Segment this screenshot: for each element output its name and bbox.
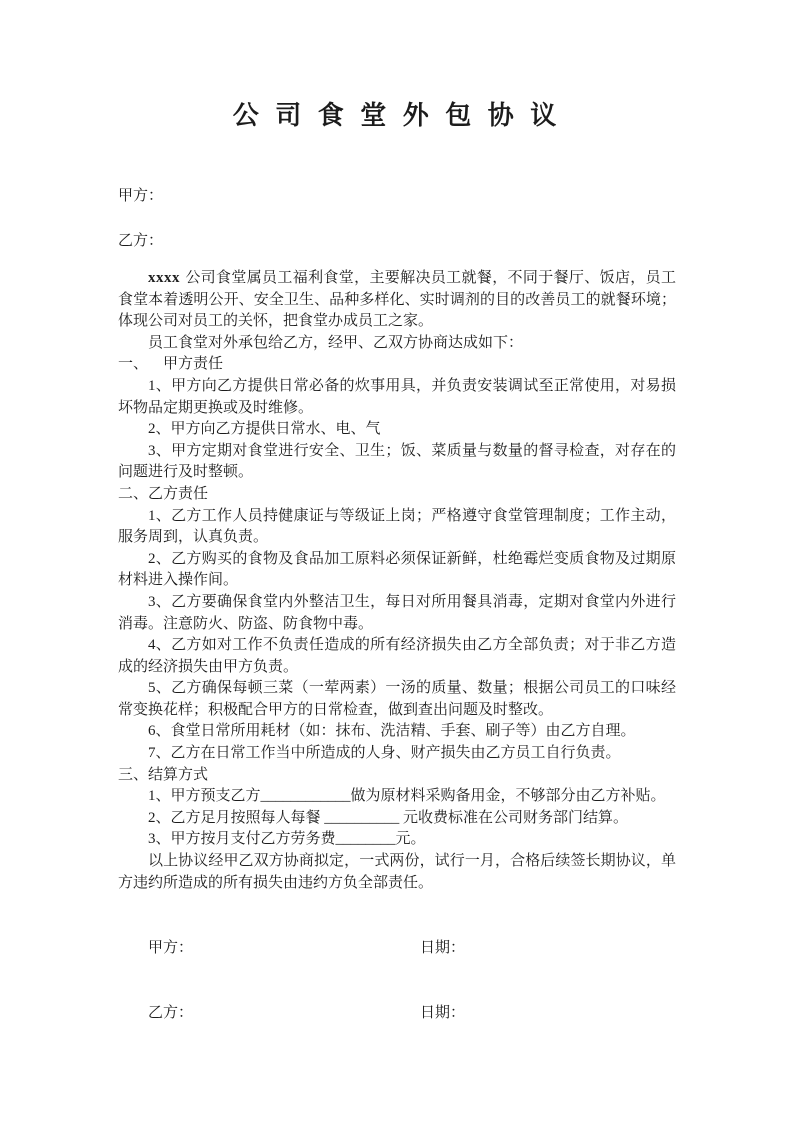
contract-item: 3、甲方按月支付乙方劳务费________元。 (118, 829, 676, 851)
party-a-date-label: 日期： (420, 938, 465, 959)
document-page: 公 司 食 堂 外 包 协 议 甲方： 乙方： xxxx公司食堂属员工福利食堂，… (0, 0, 794, 1123)
closing-paragraph: 以上协议经甲乙双方协商拟定，一式两份，试行一月，合格后续签长期协议，单方违约所造… (118, 851, 676, 894)
contract-item: 5、乙方确保每顿三菜（一荤两素）一汤的质量、数量；根据公司员工的口味经常变换花样… (118, 678, 676, 721)
contract-item: 1、甲方向乙方提供日常必备的炊事用具，并负责安装调试至正常使用，对易损坏物品定期… (118, 376, 676, 419)
section-heading: 二、乙方责任 (118, 484, 676, 506)
contract-item: 4、乙方如对工作不负责任造成的所有经济损失由乙方全部负责；对于非乙方造成的经济损… (118, 635, 676, 678)
document-body: xxxx公司食堂属员工福利食堂，主要解决员工就餐，不同于餐厅、饭店，员工食堂本着… (118, 268, 676, 1024)
contract-item: 2、乙方足月按照每人每餐 __________ 元收费标准在公司财务部门结算。 (118, 808, 676, 830)
contract-item: 6、食堂日常所用耗材（如：抹布、洗洁精、手套、刷子等）由乙方自理。 (118, 721, 676, 743)
contract-item: 1、乙方工作人员持健康证与等级证上岗；严格遵守食堂管理制度；工作主动，服务周到，… (118, 506, 676, 549)
document-title: 公 司 食 堂 外 包 协 议 (118, 96, 676, 136)
party-a-label: 甲方： (118, 188, 163, 204)
sections: 一、 甲方责任1、甲方向乙方提供日常必备的炊事用具，并负责安装调试至正常使用，对… (118, 354, 676, 851)
contract-item: 2、乙方购买的食物及食品加工原料必须保证新鲜，杜绝霉烂变质食物及过期原材料进入操… (118, 549, 676, 592)
intro-text: 公司食堂属员工福利食堂，主要解决员工就餐，不同于餐厅、饭店，员工食堂本着透明公开… (118, 270, 676, 329)
section-heading: 一、 甲方责任 (118, 354, 676, 376)
signature-row-party-a: 甲方： 日期： (118, 938, 676, 959)
intro-paragraph: xxxx公司食堂属员工福利食堂，主要解决员工就餐，不同于餐厅、饭店，员工食堂本着… (118, 268, 676, 333)
contract-item: 1、甲方预支乙方____________做为原材料采购备用金，不够部分由乙方补贴… (118, 786, 676, 808)
company-placeholder: xxxx (148, 270, 180, 286)
contract-item: 2、甲方向乙方提供日常水、电、气 (118, 419, 676, 441)
party-b-line: 乙方： (118, 231, 676, 252)
lead-in-paragraph: 员工食堂对外承包给乙方，经甲、乙双方协商达成如下： (118, 333, 676, 355)
signature-row-party-b: 乙方： 日期： (118, 1003, 676, 1024)
party-a-line: 甲方： (118, 186, 676, 207)
party-b-date-label: 日期： (420, 1003, 465, 1024)
signature-block: 甲方： 日期： 乙方： 日期： (118, 938, 676, 1024)
contract-item: 3、乙方要确保食堂内外整洁卫生，每日对所用餐具消毒，定期对食堂内外进行消毒。注意… (118, 592, 676, 635)
party-a-signature-label: 甲方： (148, 940, 193, 956)
contract-item: 7、乙方在日常工作当中所造成的人身、财产损失由乙方员工自行负责。 (118, 743, 676, 765)
party-b-signature-label: 乙方： (148, 1005, 193, 1021)
contract-item: 3、甲方定期对食堂进行安全、卫生；饭、菜质量与数量的督寻检查，对存在的问题进行及… (118, 441, 676, 484)
party-b-label: 乙方： (118, 233, 163, 249)
section-heading: 三、结算方式 (118, 765, 676, 787)
